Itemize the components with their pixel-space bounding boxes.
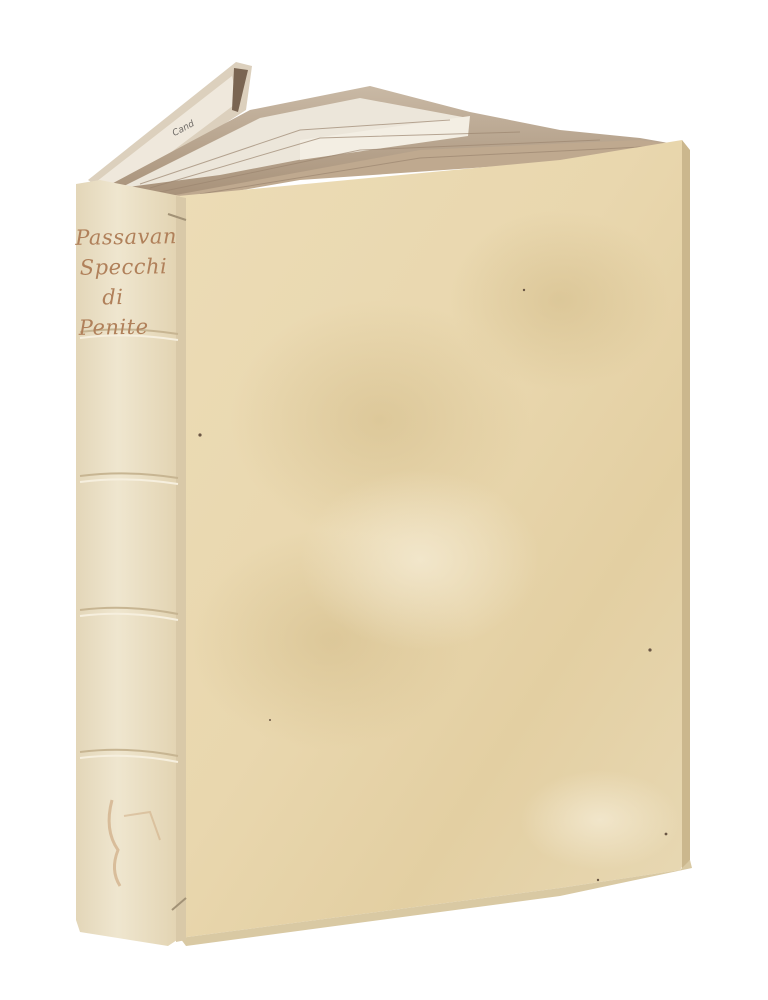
book-photo: Cand Passavan Specchi di Penite: [0, 0, 768, 1000]
spine-title: Passavan Specchi di Penite: [75, 221, 177, 343]
spine-title-line: Passavan: [75, 221, 176, 253]
spine-title-line: Specchi: [75, 251, 176, 283]
spine-title-line: di: [76, 281, 177, 313]
spine-title-line: Penite: [77, 311, 178, 343]
book-illustration: [0, 0, 768, 1000]
